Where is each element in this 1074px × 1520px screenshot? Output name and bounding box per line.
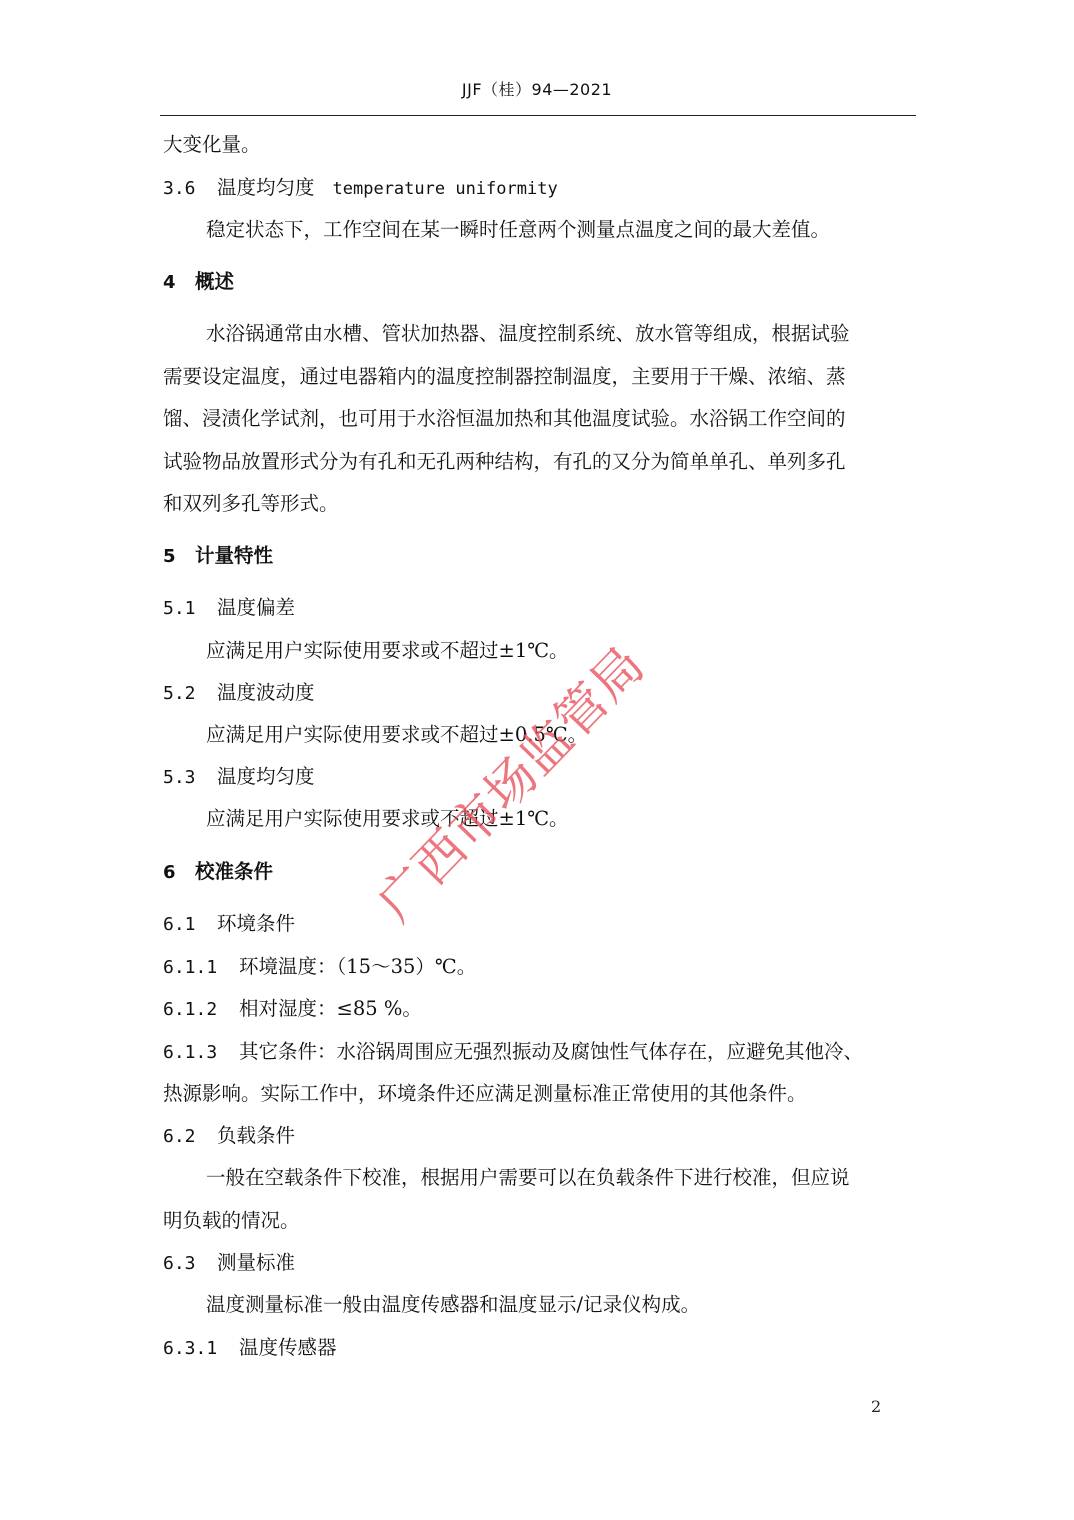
section-6-heading: 6校准条件: [163, 859, 273, 886]
section-4-paragraph-line: 馏、浸渍化学试剂，也可用于水浴恒温加热和其他温度试验。水浴锅工作空间的: [163, 406, 846, 432]
clause-6-2: 6.2负载条件: [163, 1123, 295, 1150]
paragraph-continuation: 大变化量。: [163, 132, 261, 158]
clause-title: 温度偏差: [217, 596, 295, 619]
clause-number: 6.1: [163, 912, 217, 938]
clause-title: 温度传感器: [239, 1336, 337, 1359]
clause-6-1-3: 6.1.3其它条件：水浴锅周围应无强烈振动及腐蚀性气体存在，应避免其他冷、: [163, 1039, 863, 1066]
clause-number: 6.1.3: [163, 1040, 239, 1066]
clause-text: 环境温度：（15～35）℃。: [239, 955, 476, 978]
clause-5-2: 5.2温度波动度: [163, 680, 315, 707]
header-divider: [160, 115, 916, 116]
clause-5-3: 5.3温度均匀度: [163, 764, 315, 791]
clause-6-3-body: 温度测量标准一般由温度传感器和温度显示/记录仪构成。: [206, 1292, 700, 1318]
section-5-heading: 5计量特性: [163, 543, 273, 570]
clause-3-6: 3.6温度均匀度temperature uniformity: [163, 175, 558, 202]
clause-title: 温度均匀度: [217, 765, 315, 788]
document-code-header: JJF（桂）94—2021: [0, 77, 1074, 100]
clause-6-1: 6.1环境条件: [163, 911, 295, 938]
clause-number: 6.1.1: [163, 955, 239, 981]
document-page: JJF（桂）94—2021 大变化量。 3.6温度均匀度temperature …: [0, 0, 1074, 1520]
clause-number: 5.1: [163, 596, 217, 622]
section-4-paragraph-line: 试验物品放置形式分为有孔和无孔两种结构，有孔的又分为简单单孔、单列多孔: [163, 449, 846, 475]
clause-number: 6.3: [163, 1251, 217, 1277]
section-number: 5: [163, 544, 195, 570]
section-4-heading: 4概述: [163, 269, 234, 296]
section-title: 概述: [195, 270, 234, 293]
page-number: 2: [871, 1397, 881, 1416]
clause-text: 相对湿度：≤85 %。: [239, 997, 422, 1020]
clause-number: 5.3: [163, 765, 217, 791]
clause-5-1: 5.1温度偏差: [163, 595, 295, 622]
clause-6-3-1: 6.3.1温度传感器: [163, 1335, 337, 1362]
clause-5-3-body: 应满足用户实际使用要求或不超过±1℃。: [206, 806, 569, 832]
agency-watermark: 广西市场监管局: [359, 628, 659, 935]
clause-text: 其它条件：水浴锅周围应无强烈振动及腐蚀性气体存在，应避免其他冷、: [239, 1040, 863, 1063]
clause-english-term: temperature uniformity: [333, 179, 558, 199]
clause-number: 6.3.1: [163, 1336, 239, 1362]
clause-6-1-3-continuation: 热源影响。实际工作中，环境条件还应满足测量标准正常使用的其他条件。: [163, 1081, 807, 1107]
clause-number: 6.1.2: [163, 997, 239, 1023]
section-4-paragraph-line: 水浴锅通常由水槽、管状加热器、温度控制系统、放水管等组成，根据试验: [206, 321, 850, 347]
section-number: 6: [163, 860, 195, 886]
clause-title: 负载条件: [217, 1124, 295, 1147]
clause-6-2-paragraph-line: 一般在空载条件下校准，根据用户需要可以在负载条件下进行校准，但应说: [206, 1165, 850, 1191]
clause-6-2-paragraph-line: 明负载的情况。: [163, 1208, 300, 1234]
section-number: 4: [163, 270, 195, 296]
clause-number: 3.6: [163, 176, 217, 202]
clause-6-3: 6.3测量标准: [163, 1250, 295, 1277]
clause-5-2-body: 应满足用户实际使用要求或不超过±0.5℃。: [206, 722, 587, 748]
clause-6-1-2: 6.1.2相对湿度：≤85 %。: [163, 996, 422, 1023]
clause-number: 6.2: [163, 1124, 217, 1150]
section-4-paragraph-line: 和双列多孔等形式。: [163, 491, 339, 517]
clause-3-6-definition: 稳定状态下，工作空间在某一瞬时任意两个测量点温度之间的最大差值。: [206, 217, 830, 243]
section-4-paragraph-line: 需要设定温度，通过电器箱内的温度控制器控制温度，主要用于干燥、浓缩、蒸: [163, 364, 846, 390]
clause-title: 温度波动度: [217, 681, 315, 704]
clause-6-1-1: 6.1.1环境温度：（15～35）℃。: [163, 954, 476, 981]
section-title: 计量特性: [195, 544, 273, 567]
clause-title: 温度均匀度: [217, 176, 315, 199]
clause-5-1-body: 应满足用户实际使用要求或不超过±1℃。: [206, 638, 569, 664]
clause-title: 环境条件: [217, 912, 295, 935]
section-title: 校准条件: [195, 860, 273, 883]
clause-number: 5.2: [163, 681, 217, 707]
clause-title: 测量标准: [217, 1251, 295, 1274]
